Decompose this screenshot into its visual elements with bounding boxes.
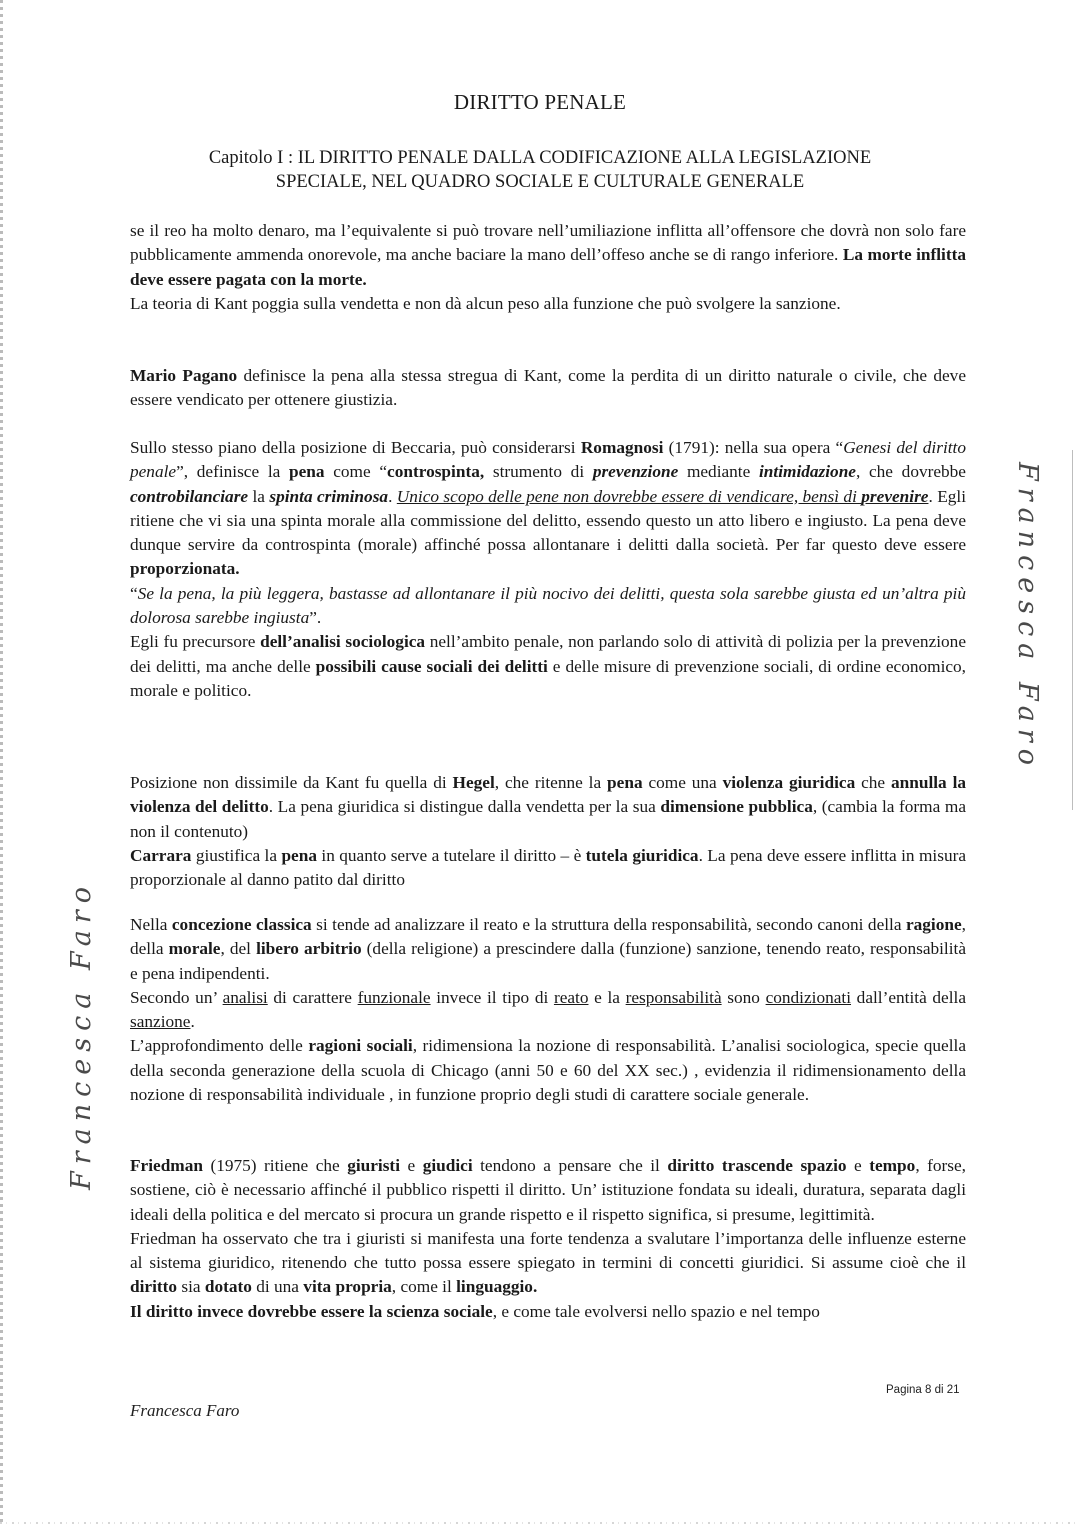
text: che bbox=[855, 773, 891, 792]
bold-text: controspinta, bbox=[387, 462, 484, 481]
bold-text: morale bbox=[169, 939, 221, 958]
bold-italic-text: prevenzione bbox=[593, 462, 678, 481]
text: sono bbox=[722, 988, 766, 1007]
bold-name: Romagnosi bbox=[581, 438, 664, 457]
text: invece il tipo di bbox=[431, 988, 554, 1007]
text: tendono a pensare che il bbox=[473, 1156, 668, 1175]
bold-text: dotato bbox=[205, 1277, 252, 1296]
underlined-text: reato bbox=[554, 988, 589, 1007]
bold-text: proporzionata. bbox=[130, 559, 240, 578]
text: giustifica la bbox=[191, 846, 281, 865]
text: , che dovrebbe bbox=[856, 462, 966, 481]
bold-name: Hegel bbox=[453, 773, 495, 792]
text: in quanto serve a tutelare il diritto – … bbox=[317, 846, 586, 865]
bold-text: linguaggio. bbox=[456, 1277, 537, 1296]
text: come una bbox=[643, 773, 723, 792]
bold-name: Friedman bbox=[130, 1156, 203, 1175]
underlined-bold-italic-text: prevenire bbox=[861, 487, 928, 506]
bold-text: pena bbox=[607, 773, 643, 792]
bold-text: dell’analisi sociologica bbox=[260, 632, 425, 651]
text: , che ritenne la bbox=[495, 773, 607, 792]
text: strumento di bbox=[484, 462, 593, 481]
text: , come il bbox=[392, 1277, 456, 1296]
underlined-text: analisi bbox=[223, 988, 268, 1007]
text: La teoria di Kant poggia sulla vendetta … bbox=[130, 292, 966, 316]
text: definisce la pena alla stessa stregua di… bbox=[130, 366, 966, 409]
bold-text: giudici bbox=[423, 1156, 473, 1175]
chapter-heading: Capitolo I : IL DIRITTO PENALE DALLA COD… bbox=[0, 146, 1080, 194]
chapter-heading-line-2: SPECIALE, NEL QUADRO SOCIALE E CULTURALE… bbox=[0, 170, 1080, 194]
text: si tende ad analizzare il reato e la str… bbox=[312, 915, 906, 934]
quote-mark: ”. bbox=[309, 608, 321, 627]
text: Posizione non dissimile da Kant fu quell… bbox=[130, 773, 453, 792]
bold-italic-text: intimidazione bbox=[759, 462, 856, 481]
page-number: Pagina 8 di 21 bbox=[886, 1384, 960, 1396]
underlined-italic-text: Unico scopo delle pene non dovrebbe esse… bbox=[397, 487, 861, 506]
paragraph-friedman: Friedman (1975) ritiene che giuristi e g… bbox=[130, 1154, 966, 1324]
text: ”, definisce la bbox=[176, 462, 289, 481]
bold-text: vita propria bbox=[303, 1277, 392, 1296]
text: . bbox=[388, 487, 397, 506]
scan-bottom-edge bbox=[0, 1522, 1080, 1524]
bold-text: giuristi bbox=[347, 1156, 400, 1175]
bold-text: tutela giuridica bbox=[586, 846, 699, 865]
text: Nella bbox=[130, 915, 172, 934]
text: (1975) ritiene che bbox=[203, 1156, 347, 1175]
text: come “ bbox=[325, 462, 387, 481]
italic-quote: Se la pena, la più leggera, bastasse ad … bbox=[130, 584, 966, 627]
bold-name: Carrara bbox=[130, 846, 191, 865]
text: e bbox=[400, 1156, 423, 1175]
text: L’approfondimento delle bbox=[130, 1036, 308, 1055]
bold-text: dimensione pubblica bbox=[660, 797, 812, 816]
text: di una bbox=[252, 1277, 303, 1296]
text: la bbox=[248, 487, 269, 506]
bold-text: ragioni sociali bbox=[308, 1036, 412, 1055]
bold-text: concezione classica bbox=[172, 915, 312, 934]
paragraph-pagano: Mario Pagano definisce la pena alla stes… bbox=[130, 364, 966, 413]
bold-text: Il diritto invece dovrebbe essere la sci… bbox=[130, 1302, 493, 1321]
underlined-text: responsabilità bbox=[626, 988, 722, 1007]
text: , e come tale evolversi nello spazio e n… bbox=[493, 1302, 820, 1321]
chapter-heading-line-1: Capitolo I : IL DIRITTO PENALE DALLA COD… bbox=[0, 146, 1080, 170]
text: sia bbox=[177, 1277, 205, 1296]
bold-text: possibili cause sociali dei delitti bbox=[316, 657, 548, 676]
text: . La pena giuridica si distingue dalla v… bbox=[269, 797, 661, 816]
paragraph-kant: se il reo ha molto denaro, ma l’equivale… bbox=[130, 219, 966, 316]
bold-text: ragione bbox=[906, 915, 962, 934]
text: se il reo ha molto denaro, ma l’equivale… bbox=[130, 221, 966, 264]
text: , del bbox=[220, 939, 256, 958]
footer-author: Francesca Faro bbox=[130, 1401, 239, 1421]
text: e bbox=[847, 1156, 870, 1175]
text: mediante bbox=[678, 462, 759, 481]
paragraph-romagnosi: Sullo stesso piano della posizione di Be… bbox=[130, 436, 966, 703]
text: (1791): nella sua opera “ bbox=[663, 438, 843, 457]
scan-left-edge bbox=[0, 0, 3, 1526]
paragraph-concezione-classica: Nella concezione classica si tende ad an… bbox=[130, 913, 966, 1107]
bold-text: pena bbox=[289, 462, 325, 481]
text: dall’entità della bbox=[851, 988, 966, 1007]
bold-italic-text: spinta criminosa bbox=[269, 487, 388, 506]
text: e la bbox=[588, 988, 625, 1007]
underlined-text: sanzione bbox=[130, 1012, 190, 1031]
bold-text: diritto bbox=[130, 1277, 177, 1296]
paragraph-hegel-carrara: Posizione non dissimile da Kant fu quell… bbox=[130, 771, 966, 892]
watermark-right: Francesca Faro bbox=[1012, 462, 1043, 772]
document-title: DIRITTO PENALE bbox=[0, 90, 1080, 115]
text: di carattere bbox=[268, 988, 358, 1007]
underlined-text: condizionati bbox=[766, 988, 851, 1007]
bold-text: diritto trascende spazio bbox=[667, 1156, 846, 1175]
text: Sullo stesso piano della posizione di Be… bbox=[130, 438, 581, 457]
margin-line bbox=[1072, 450, 1073, 810]
bold-text: tempo bbox=[869, 1156, 915, 1175]
bold-text: pena bbox=[281, 846, 317, 865]
bold-text: violenza giuridica bbox=[723, 773, 856, 792]
text: Friedman ha osservato che tra i giuristi… bbox=[130, 1229, 966, 1272]
text: Secondo un’ bbox=[130, 988, 223, 1007]
bold-italic-text: controbilanciare bbox=[130, 487, 248, 506]
bold-name: Mario Pagano bbox=[130, 366, 237, 385]
bold-text: libero arbitrio bbox=[256, 939, 362, 958]
watermark-left: Francesca Faro bbox=[66, 880, 97, 1190]
underlined-text: funzionale bbox=[358, 988, 431, 1007]
text: . bbox=[190, 1012, 194, 1031]
text: Egli fu precursore bbox=[130, 632, 260, 651]
quote-mark: “ bbox=[130, 584, 138, 603]
